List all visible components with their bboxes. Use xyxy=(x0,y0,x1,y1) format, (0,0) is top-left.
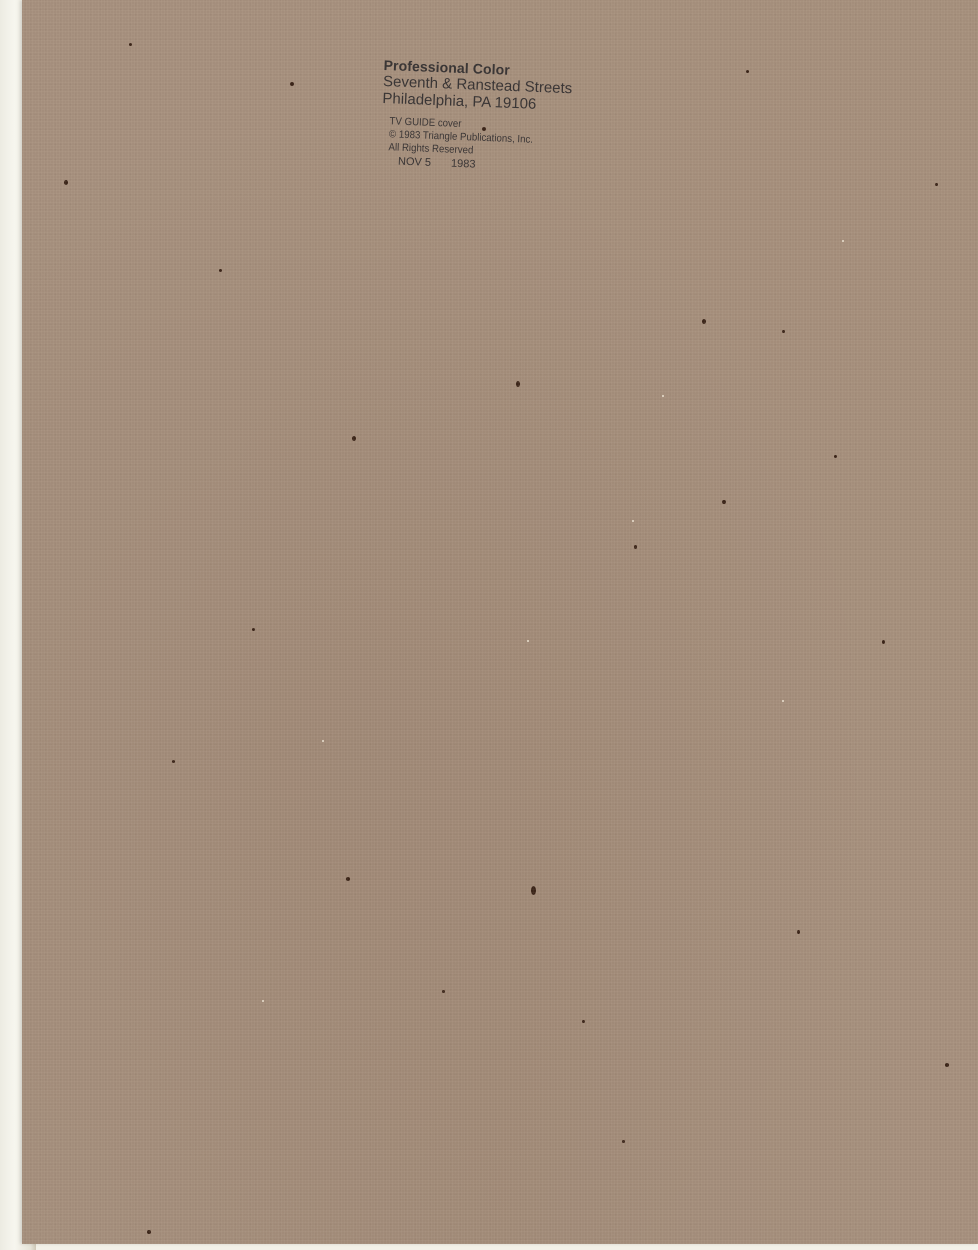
light-speck xyxy=(662,395,664,397)
speck xyxy=(219,269,222,272)
speck xyxy=(346,877,350,881)
speck xyxy=(722,500,726,504)
speck xyxy=(935,183,938,186)
light-speck xyxy=(782,700,784,702)
light-speck xyxy=(262,1000,264,1002)
light-speck xyxy=(842,240,844,242)
stamp-date-year: 1983 xyxy=(451,158,476,171)
light-speck xyxy=(527,640,529,642)
speck xyxy=(622,1140,625,1143)
cardboard-back xyxy=(22,0,978,1244)
speck xyxy=(442,990,445,993)
speck xyxy=(834,455,837,458)
speck xyxy=(782,330,785,333)
speck xyxy=(882,640,885,644)
speck xyxy=(516,381,520,387)
light-speck xyxy=(632,520,634,522)
speck xyxy=(945,1063,949,1067)
speck xyxy=(746,70,749,73)
rubber-stamp: Professional Color Seventh & Ranstead St… xyxy=(380,57,573,175)
speck xyxy=(531,886,536,895)
speck xyxy=(290,82,294,86)
speck xyxy=(172,760,175,763)
speck xyxy=(352,436,356,441)
stamp-date-month-day: NOV 5 xyxy=(398,156,431,169)
speck xyxy=(129,43,132,46)
light-speck xyxy=(322,740,324,742)
speck xyxy=(147,1230,151,1234)
speck xyxy=(702,319,706,324)
speck xyxy=(797,930,800,934)
speck xyxy=(582,1020,585,1023)
speck xyxy=(64,180,68,185)
speck xyxy=(634,545,637,549)
speck xyxy=(252,628,255,631)
